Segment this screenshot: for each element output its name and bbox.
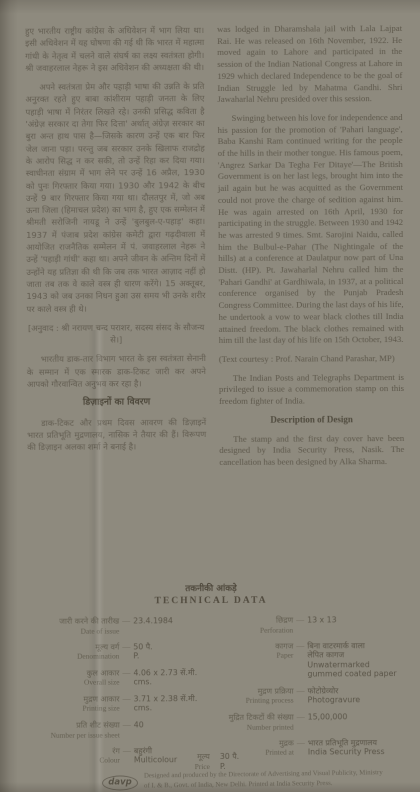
hindi-design-heading: डिज़ाइनों का विवरण <box>27 396 206 409</box>
english-design-heading: Description of Design <box>219 414 404 427</box>
tech-label: प्रति शीट संख्या Number per issue sheet <box>18 721 120 740</box>
tech-row-paper: कागज Paper — बिना वाटरमार्क वाला लेपित क… <box>221 640 409 679</box>
dash: — <box>119 668 133 678</box>
tech-row-number-printed: मुद्रित टिकटों की संख्या Number printed … <box>222 712 410 731</box>
page-left-edge-shadow <box>0 0 18 792</box>
tech-value: 3.71 x 2.38 सें.मी. cms. <box>134 694 222 714</box>
tech-value: भारत प्रतिभूति मुद्रणालय India Security … <box>308 738 410 758</box>
technical-right-column: छिद्रण Perforation — 13 x 13 कागज Paper … <box>221 615 410 772</box>
dash: — <box>293 641 307 651</box>
hindi-paragraph-3: भारतीय डाक-तार विभाग भारत के इस स्वतंत्र… <box>27 352 206 390</box>
brochure-page: हुए भारतीय राष्ट्रीय कांग्रेस के अधिवेशन… <box>0 0 420 792</box>
english-text-courtesy: (Text courtesy : Prof. Narain Chand Para… <box>219 353 404 366</box>
tech-label: मुद्रण प्रक्रिया Printing process <box>222 686 294 705</box>
tech-value: फोटोग्रेव्योर Photogravure <box>308 686 410 706</box>
english-paragraph-2: Swinging between his love for independen… <box>218 112 404 347</box>
dash: — <box>294 686 308 696</box>
tech-value: 4.06 x 2.73 सें.मी. cms. <box>133 668 221 688</box>
dash: — <box>294 738 308 748</box>
tech-row-perforation: छिद्रण Perforation — 13 x 13 <box>221 615 409 634</box>
dash: — <box>293 615 307 625</box>
tech-value: 40 <box>134 720 222 730</box>
tech-label: मुद्रित टिकटों की संख्या Number printed <box>222 713 294 732</box>
dash: — <box>119 616 133 626</box>
dash: — <box>120 720 134 730</box>
hindi-paragraph-1: हुए भारतीय राष्ट्रीय कांग्रेस के अधिवेशन… <box>25 24 204 74</box>
english-column: was lodged in Dharamshala jail with Lala… <box>217 23 404 476</box>
tech-row-number-per-sheet: प्रति शीट संख्या Number per issue sheet … <box>18 720 222 740</box>
tech-value: 23.4.1984 <box>133 616 221 626</box>
tech-label: कुल आकार Overall size <box>17 668 119 687</box>
tech-label: मुद्रण आकार Printing size <box>18 694 120 713</box>
tech-value: 13 x 13 <box>307 615 409 625</box>
english-design-paragraph: The stamp and the first day cover have b… <box>219 432 404 468</box>
dash: — <box>120 694 134 704</box>
technical-left-column: जारी करने की तारीख Date of issue — 23.4.… <box>17 616 222 773</box>
tech-value: 50 पै. P. <box>133 641 221 661</box>
hindi-translator-note: [अनुवाद : श्री नरायण चन्द पराशर, सदस्य स… <box>27 321 206 347</box>
tech-label: छिद्रण Perforation <box>221 616 293 635</box>
tech-label: कागज Paper <box>221 641 293 660</box>
hindi-column: हुए भारतीय राष्ट्रीय कांग्रेस के अधिवेशन… <box>25 24 206 477</box>
english-paragraph-1: was lodged in Dharamshala jail with Lala… <box>217 23 402 106</box>
hindi-design-paragraph: डाक-टिकट और प्रथम दिवस आवरण की डिज़ाइनें… <box>27 416 206 454</box>
english-paragraph-3: The Indian Posts and Telegraphs Departme… <box>219 372 404 408</box>
technical-data-heading-english: TECHNICAL DATA <box>1 595 420 607</box>
paper-crease <box>88 330 104 792</box>
tech-row-overall-size: कुल आकार Overall size — 4.06 x 2.73 सें.… <box>17 668 221 688</box>
tech-value: 15,00,000 <box>308 712 410 722</box>
dash: — <box>119 642 133 652</box>
text-columns: हुए भारतीय राष्ट्रीय कांग्रेस के अधिवेशन… <box>25 23 404 477</box>
tech-row-printing-size: मुद्रण आकार Printing size — 3.71 x 2.38 … <box>18 694 222 714</box>
hindi-paragraph-2: अपने स्वतंत्रता प्रेम और पहाड़ी भाषा की … <box>25 80 205 315</box>
tech-row-printing-process: मुद्रण प्रक्रिया Printing process — फोटो… <box>222 686 410 706</box>
tech-value: बिना वाटरमार्क वाला लेपित कागज Unwaterma… <box>307 640 409 679</box>
technical-data-table: जारी करने की तारीख Date of issue — 23.4.… <box>17 615 410 773</box>
tech-row-denomination: मूल्य वर्ग Denomination — 50 पै. P. <box>17 641 221 661</box>
dash: — <box>120 746 134 756</box>
tech-label: रंग Colour <box>18 746 120 765</box>
tech-label: मूल्य वर्ग Denomination <box>17 642 119 661</box>
technical-data-heading-hindi: तकनीकी आंकड़े <box>1 581 420 595</box>
tech-row-date-of-issue: जारी करने की तारीख Date of issue — 23.4.… <box>17 616 221 636</box>
dash: — <box>294 713 308 723</box>
brochure-photo: हुए भारतीय राष्ट्रीय कांग्रेस के अधिवेशन… <box>0 0 420 792</box>
page-top-shadow <box>0 0 420 14</box>
page-bottom-shadow <box>0 782 420 792</box>
